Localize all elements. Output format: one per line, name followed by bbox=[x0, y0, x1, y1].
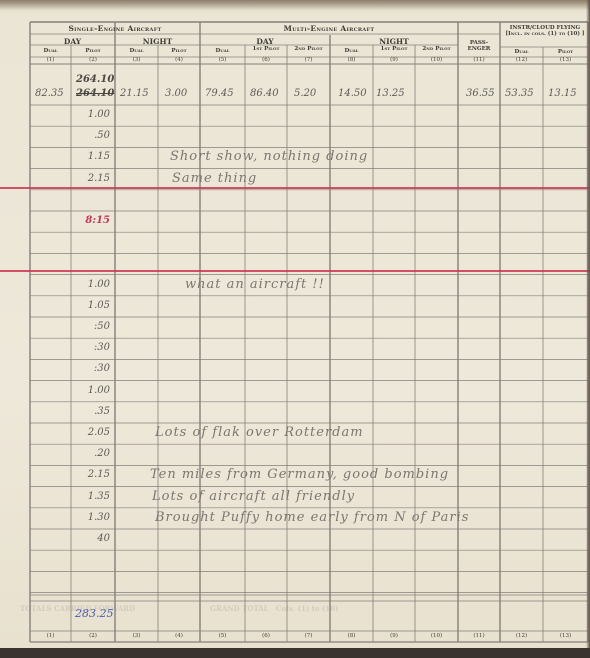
column-label-6: 1st Pilot bbox=[245, 47, 287, 53]
column-label-12: Dual bbox=[500, 50, 543, 56]
pilot-time-entry: 1.30 bbox=[76, 513, 110, 523]
header-me-night: NIGHT bbox=[330, 38, 458, 46]
pilot-time-entry: 2.05 bbox=[76, 428, 110, 438]
column-number-2: (2) bbox=[71, 58, 115, 64]
pilot-time-entry: :30 bbox=[76, 364, 110, 374]
column-number-footer-7: (7) bbox=[287, 634, 330, 640]
header-instr-cloud: INSTR/CLOUD FLYING [Incl. in cols. (1) t… bbox=[502, 25, 588, 38]
column-number-7: (7) bbox=[287, 58, 330, 64]
remark-text: Same thing bbox=[172, 172, 257, 185]
show-through-print: GRAND TOTAL Cols. (1) to (10) bbox=[210, 604, 338, 613]
bf-col11: 36.55 bbox=[466, 89, 495, 99]
column-number-10: (10) bbox=[415, 58, 458, 64]
column-label-3: Dual bbox=[115, 49, 158, 55]
pilot-time-entry: .20 bbox=[76, 449, 110, 459]
pilot-time-entry: 8:15 bbox=[76, 216, 110, 226]
header-se-night: NIGHT bbox=[115, 38, 200, 46]
pilot-time-entry: 1.00 bbox=[76, 386, 110, 396]
header-single-engine: Single-Engine Aircraft bbox=[30, 25, 200, 33]
pilot-time-entry: 1.15 bbox=[76, 152, 110, 162]
header-me-day: DAY bbox=[200, 38, 330, 46]
column-label-13: Pilot bbox=[543, 50, 588, 56]
column-number-footer-13: (13) bbox=[543, 634, 588, 640]
column-number-1: (1) bbox=[30, 58, 71, 64]
pilot-time-entry: 1.00 bbox=[76, 110, 110, 120]
column-number-12: (12) bbox=[500, 58, 543, 64]
bf-col13: 13.15 bbox=[548, 89, 577, 99]
pilot-time-entry: .35 bbox=[76, 407, 110, 417]
bf-col8: 14.50 bbox=[338, 89, 367, 99]
column-number-footer-12: (12) bbox=[500, 634, 543, 640]
column-label-10: 2nd Pilot bbox=[415, 47, 458, 53]
column-number-footer-4: (4) bbox=[158, 634, 200, 640]
bf-col2-corrected: 264.10 bbox=[76, 75, 114, 85]
column-number-footer-8: (8) bbox=[330, 634, 373, 640]
bf-col3: 21.15 bbox=[120, 89, 149, 99]
remark-text: what an aircraft !! bbox=[185, 278, 325, 291]
column-number-footer-11: (11) bbox=[458, 634, 500, 640]
total-col2: 283.25 bbox=[75, 608, 114, 619]
column-number-footer-5: (5) bbox=[200, 634, 245, 640]
header-se-day: DAY bbox=[30, 38, 115, 46]
remark-text: Lots of aircraft all friendly bbox=[152, 490, 355, 503]
column-number-footer-3: (3) bbox=[115, 634, 158, 640]
column-number-footer-9: (9) bbox=[373, 634, 415, 640]
column-number-4: (4) bbox=[158, 58, 200, 64]
bf-col9: 13.25 bbox=[376, 89, 405, 99]
bf-col2-struck: 264.10 bbox=[76, 89, 114, 99]
pilot-time-entry: 40 bbox=[76, 534, 110, 544]
header-passenger: PASS- ENGER bbox=[458, 40, 500, 52]
column-label-5: Dual bbox=[200, 49, 245, 55]
column-number-3: (3) bbox=[115, 58, 158, 64]
pilot-time-entry: .50 bbox=[76, 131, 110, 141]
header-multi-engine: Multi-Engine Aircraft bbox=[200, 25, 458, 33]
bf-col12: 53.35 bbox=[505, 89, 534, 99]
column-number-13: (13) bbox=[543, 58, 588, 64]
column-label-1: Dual bbox=[30, 49, 71, 55]
column-number-8: (8) bbox=[330, 58, 373, 64]
pilot-time-entry: 1.05 bbox=[76, 301, 110, 311]
bf-col1: 82.35 bbox=[35, 89, 64, 99]
bf-col6: 86.40 bbox=[250, 89, 279, 99]
column-label-9: 1st Pilot bbox=[373, 47, 415, 53]
bf-col4: 3.00 bbox=[165, 89, 187, 99]
column-number-footer-1: (1) bbox=[30, 634, 71, 640]
column-label-8: Dual bbox=[330, 49, 373, 55]
remark-text: Short show, nothing doing bbox=[170, 150, 368, 163]
column-label-4: Pilot bbox=[158, 49, 200, 55]
column-number-footer-10: (10) bbox=[415, 634, 458, 640]
column-label-7: 2nd Pilot bbox=[287, 47, 330, 53]
column-number-11: (11) bbox=[458, 58, 500, 64]
pilot-time-entry: :30 bbox=[76, 343, 110, 353]
bf-col5: 79.45 bbox=[205, 89, 234, 99]
remark-text: Brought Puffy home early from N of Paris bbox=[155, 511, 469, 524]
column-number-6: (6) bbox=[245, 58, 287, 64]
bf-col7: 5.20 bbox=[294, 89, 316, 99]
pilot-time-entry: 2.15 bbox=[76, 470, 110, 480]
column-number-9: (9) bbox=[373, 58, 415, 64]
pilot-time-entry: :50 bbox=[76, 322, 110, 332]
pilot-time-entry: 1.35 bbox=[76, 492, 110, 502]
column-number-footer-6: (6) bbox=[245, 634, 287, 640]
column-number-footer-2: (2) bbox=[71, 634, 115, 640]
pilot-time-entry: 2.15 bbox=[76, 174, 110, 184]
remark-text: Ten miles from Germany, good bombing bbox=[150, 468, 449, 481]
pilot-time-entry: 1.00 bbox=[76, 280, 110, 290]
page-curl-shadow bbox=[586, 0, 590, 658]
remark-text: Lots of flak over Rotterdam bbox=[155, 426, 364, 439]
column-label-2: Pilot bbox=[71, 49, 115, 55]
column-number-5: (5) bbox=[200, 58, 245, 64]
page-bottom-edge bbox=[0, 648, 590, 658]
